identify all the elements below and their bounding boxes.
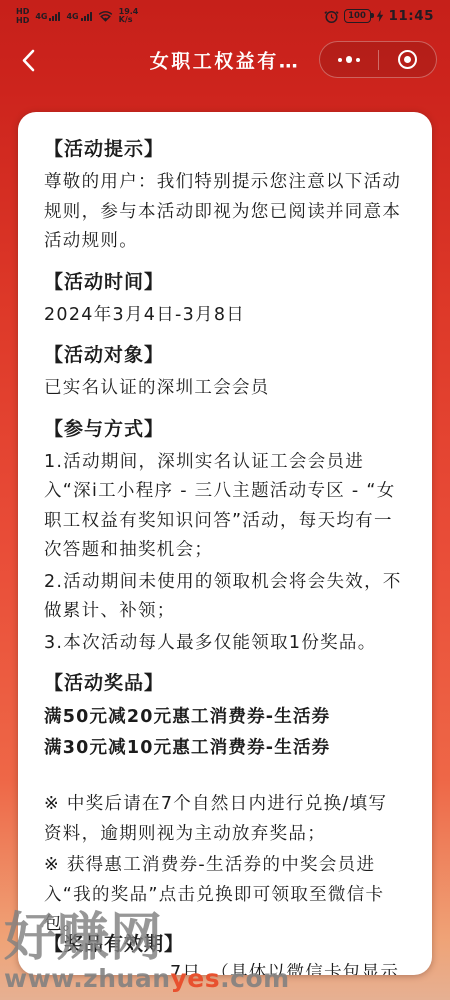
network-type-label: 4G (66, 13, 78, 21)
section-heading: 【活动对象】 (44, 341, 406, 370)
nav-bar: 女职工权益有… (0, 32, 450, 88)
signal-bars-icon (49, 12, 60, 21)
hd-icon: HD (16, 17, 29, 25)
wifi-icon (98, 10, 113, 22)
rule-paragraph: ※ 获得惠工消费券-生活券的中奖会员进入“我的奖品”点击兑换即可领取至微信卡包。 (44, 851, 406, 940)
back-button[interactable] (14, 46, 42, 74)
page-title: 女职工权益有… (150, 47, 301, 74)
network-speed: 19.4 K/s (119, 8, 139, 24)
section-heading: 【奖品有效期】 (44, 930, 184, 959)
spacer (44, 764, 406, 788)
section-heading: 【活动提示】 (44, 135, 406, 164)
more-menu-button[interactable] (320, 42, 378, 77)
speed-unit: K/s (119, 16, 133, 24)
charging-bolt-icon (376, 10, 384, 22)
battery-percent: 100 (348, 11, 366, 21)
ellipsis-icon (338, 56, 361, 63)
status-bar: HD HD 4G 4G (0, 0, 450, 32)
rule-paragraph: 已实名认证的深圳工会会员 (44, 374, 406, 404)
close-target-icon (398, 50, 417, 69)
rule-paragraph: 2.活动期间未使用的领取机会将会失效，不做累计、补领； (44, 568, 406, 627)
prize-line: 满30元减10元惠工消费券-生活券 (44, 733, 406, 764)
clipped-rule-paragraph: 7日 （具体以微信卡包显示 (170, 959, 399, 976)
section-heading: 【活动时间】 (44, 268, 406, 297)
miniprogram-capsule (319, 41, 437, 78)
network-type-label: 4G (35, 13, 47, 21)
section-heading: 【参与方式】 (44, 415, 406, 444)
chevron-left-icon (22, 49, 35, 72)
signal-sim1: 4G (35, 12, 60, 21)
volte-hd-icons: HD HD (16, 8, 29, 25)
activity-rules-card[interactable]: 【活动提示】尊敬的用户：我们特别提示您注意以下活动规则，参与本活动即视为您已阅读… (18, 112, 432, 975)
status-right-cluster: 100 11:45 (324, 8, 434, 24)
status-left-cluster: HD HD 4G 4G (16, 8, 138, 25)
mini-program-page: HD HD 4G 4G (0, 0, 450, 1000)
hd-icon: HD (16, 8, 29, 16)
rule-paragraph: 尊敬的用户：我们特别提示您注意以下活动规则，参与本活动即视为您已阅读并同意本活动… (44, 168, 406, 257)
signal-bars-icon (81, 12, 92, 21)
clock-time: 11:45 (389, 8, 434, 24)
signal-sim2: 4G (66, 12, 91, 21)
section-heading: 【活动奖品】 (44, 669, 406, 698)
close-miniprogram-button[interactable] (379, 42, 437, 77)
rule-paragraph: 2024年3月4日-3月8日 (44, 301, 406, 331)
alarm-clock-icon (324, 9, 339, 24)
rule-paragraph: 1.活动期间，深圳实名认证工会会员进入“深i工小程序 - 三八主题活动专区 - … (44, 448, 406, 566)
battery-icon: 100 (344, 9, 371, 23)
rule-paragraph: 3.本次活动每人最多仅能领取1份奖品。 (44, 629, 406, 659)
rule-paragraph: ※ 中奖后请在7个自然日内进行兑换/填写资料，逾期则视为主动放弃奖品； (44, 790, 406, 849)
prize-line: 满50元减20元惠工消费券-生活券 (44, 702, 406, 733)
